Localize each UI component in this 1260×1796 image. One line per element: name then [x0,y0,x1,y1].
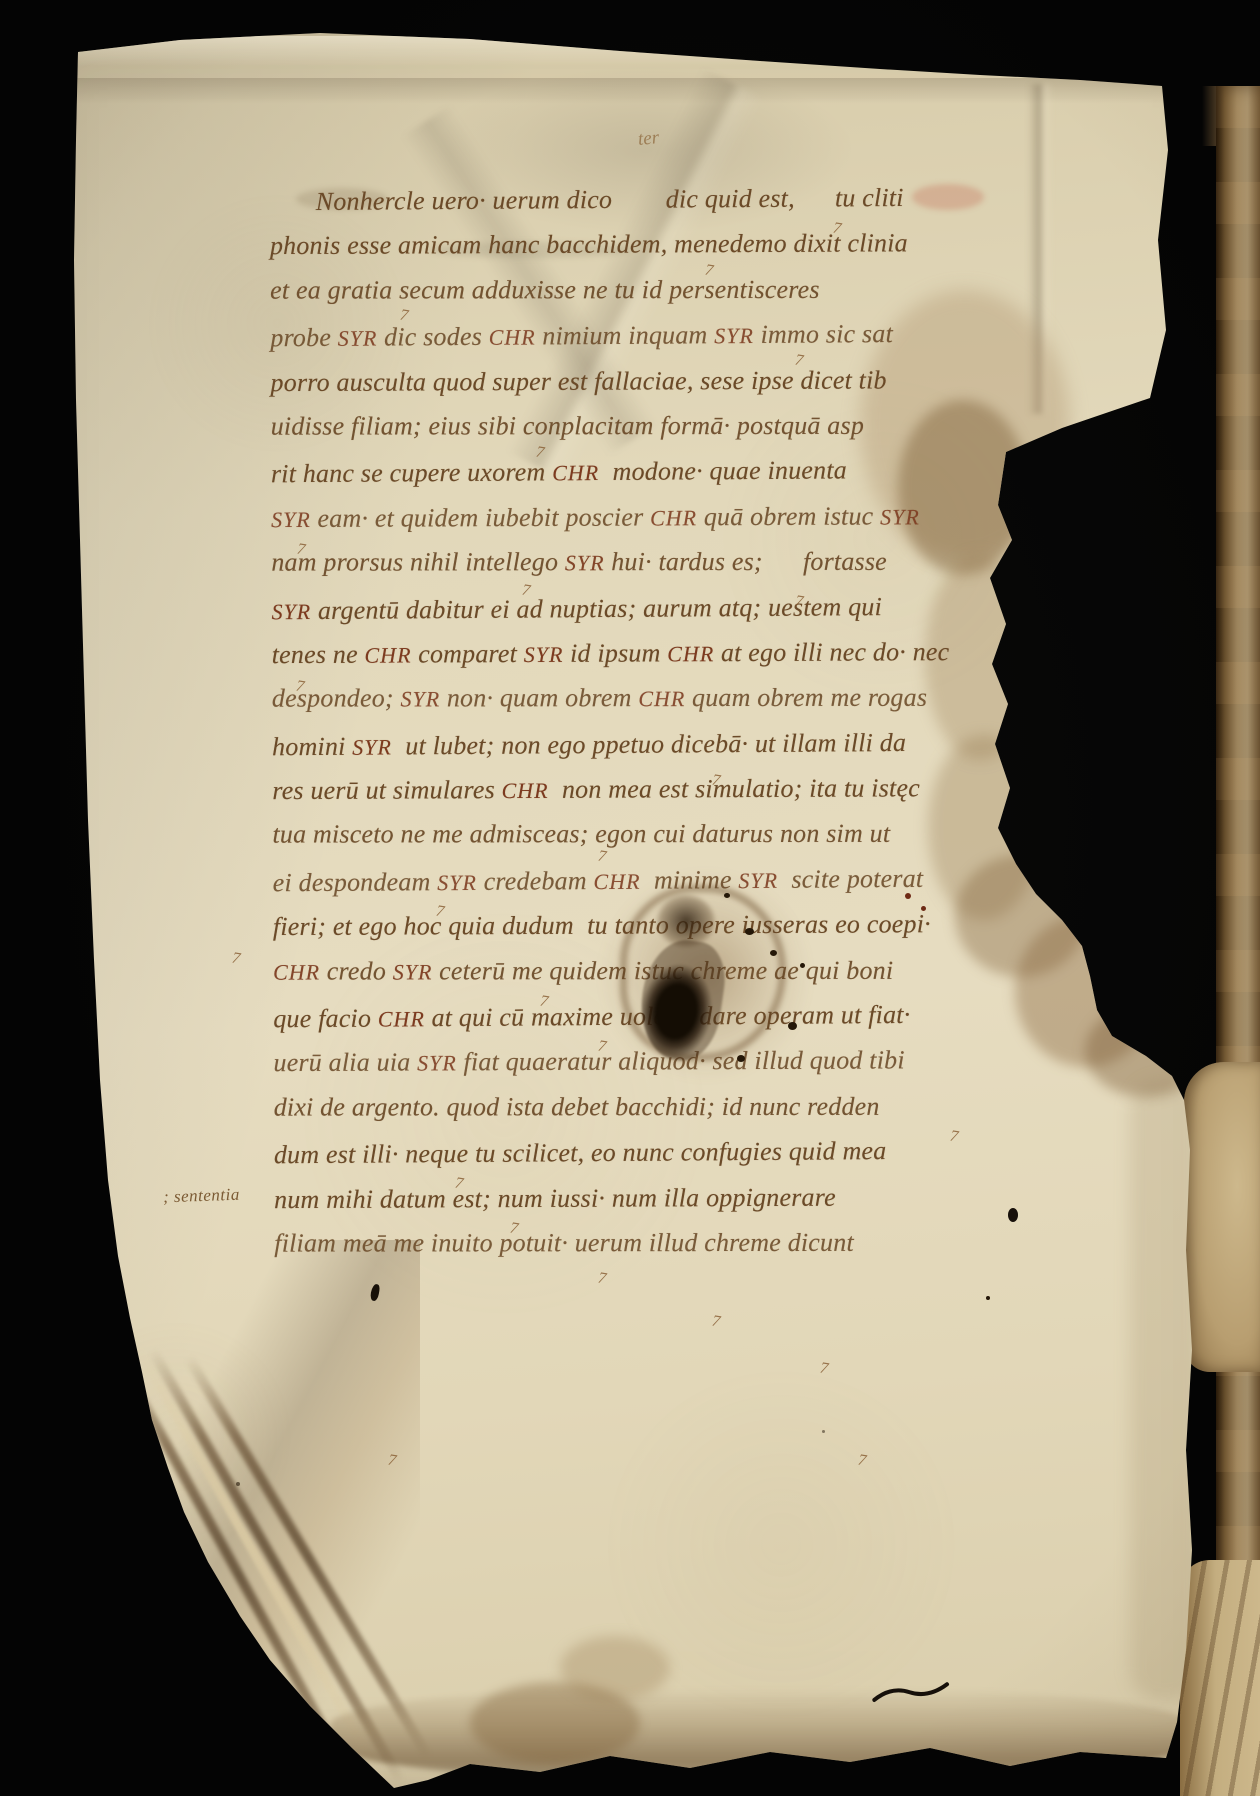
ink-speck [236,1482,240,1486]
speaker-nota: CHR [552,460,599,485]
speaker-nota: SYR [565,550,605,575]
manuscript-line: dum est illi· neque tu scilicet, eo nunc… [274,1126,1234,1178]
ink-speck [1008,1208,1018,1222]
manuscript-line: probe SYR dic sodes CHR nimium inquam SY… [270,309,1230,361]
ink-squiggle [871,1678,953,1713]
speaker-nota: SYR [714,323,754,348]
speaker-nota: CHR [501,778,548,803]
speaker-nota: SYR [271,599,311,624]
speaker-nota: CHR [364,642,411,667]
bottom-stain-blotch [470,1682,640,1764]
red-ink-speck [905,893,911,899]
ink-speck [788,1022,797,1030]
manuscript-line: phonis esse amicam hanc bacchidem, mened… [270,219,1230,269]
speaker-nota: SYR [524,642,564,667]
margin-note: ; sententia [163,1185,240,1208]
speaker-nota: SYR [393,959,433,984]
interlinear-correction-mark: 7 [231,949,242,968]
red-ink-speck [921,906,926,911]
top-fold-shadow [70,78,1165,104]
ink-speck [800,963,805,968]
speaker-nota: CHR [638,686,685,711]
speaker-nota: CHR [667,641,714,666]
speaker-nota: CHR [378,1006,425,1031]
ink-speck [770,950,777,956]
speaker-nota: CHR [650,505,697,530]
ink-speck [745,928,754,935]
speaker-nota: SYR [417,1051,457,1076]
manuscript-line: Nonhercle uero· uerum dico dic quid est,… [270,173,1230,225]
bottom-stain-blotch [560,1636,670,1700]
interlinear-correction-mark: 7 [819,1359,830,1378]
ink-speck [822,1430,825,1433]
speaker-nota: CHR [593,869,640,894]
manuscript-line: porro ausculta quod super est fallaciae,… [270,355,1230,405]
faded-red-nota [912,184,984,210]
interlinear-correction-mark: 7 [387,1451,398,1470]
speaker-nota: SYR [437,870,477,895]
interlinear-correction-mark: 7 [597,1269,608,1288]
interlinear-correction-mark: 7 [857,1451,868,1470]
interlinear-correction-mark: 7 [711,1312,722,1331]
manuscript-line: filiam meā me inuito potuit· uerum illud… [274,1219,1234,1266]
speaker-nota: SYR [338,326,378,351]
speaker-nota: CHR [489,325,536,350]
speaker-nota: CHR [273,959,320,984]
speaker-nota: SYR [352,734,392,759]
speaker-nota: SYR [400,687,440,712]
ink-speck [737,1055,745,1062]
header-mark: ter [637,127,660,151]
manuscript-line: num mihi datum est; num iussi· num illa … [274,1172,1234,1222]
ink-speck [724,893,730,898]
speaker-nota: SYR [880,504,920,529]
ink-speck [986,1296,990,1300]
ink-speck [370,1283,381,1301]
manuscript-line: et ea gratia secum adduxisse ne tu id pe… [270,266,1230,313]
manuscript-line: dixi de argento. quod ista debet bacchid… [274,1083,1234,1130]
speaker-nota: SYR [271,507,311,532]
